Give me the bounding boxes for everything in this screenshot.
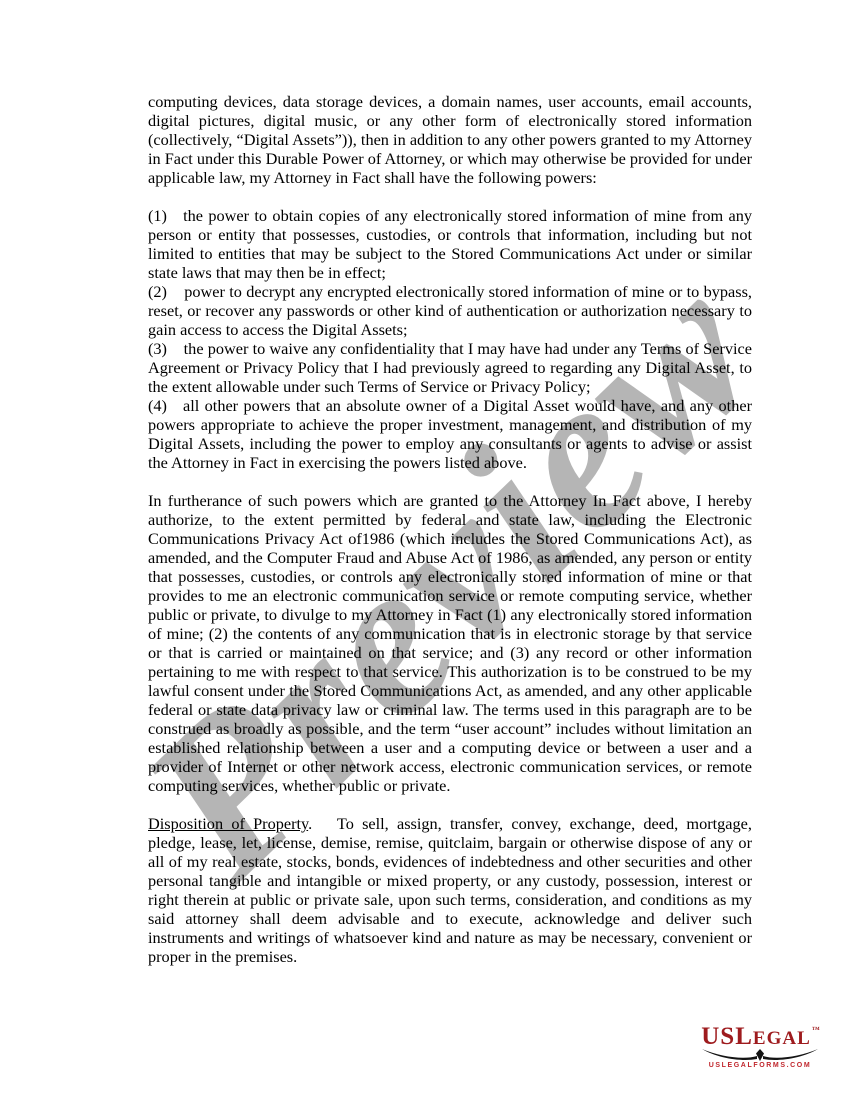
document-page: Preview computing devices, data storage …: [0, 0, 850, 1100]
logo-text-l: L: [735, 1023, 753, 1050]
paragraph-intro: computing devices, data storage devices,…: [148, 92, 752, 187]
list-item-2: (2) power to decrypt any encrypted elect…: [148, 282, 752, 339]
disposition-body: . To sell, assign, transfer, convey, exc…: [148, 814, 752, 966]
trademark-symbol: ™: [812, 1025, 820, 1034]
logo-text-us: US: [701, 1023, 735, 1050]
logo-text-egal: EGAL: [753, 1028, 811, 1049]
list-item-1: (1) the power to obtain copies of any el…: [148, 206, 752, 282]
logo-website: USLEGALFORMS.COM: [690, 1062, 830, 1069]
logo-wordmark: USLEGAL™: [690, 1024, 830, 1049]
list-item-3: (3) the power to waive any confidentiali…: [148, 339, 752, 396]
uslegal-logo: USLEGAL™ USLEGALFORMS.COM: [690, 1024, 830, 1069]
disposition-heading: Disposition of Property: [148, 814, 308, 833]
list-item-4: (4) all other powers that an absolute ow…: [148, 396, 752, 472]
paragraph-disposition: Disposition of Property. To sell, assign…: [148, 814, 752, 966]
document-body: computing devices, data storage devices,…: [148, 92, 752, 966]
paragraph-furtherance: In furtherance of such powers which are …: [148, 491, 752, 795]
